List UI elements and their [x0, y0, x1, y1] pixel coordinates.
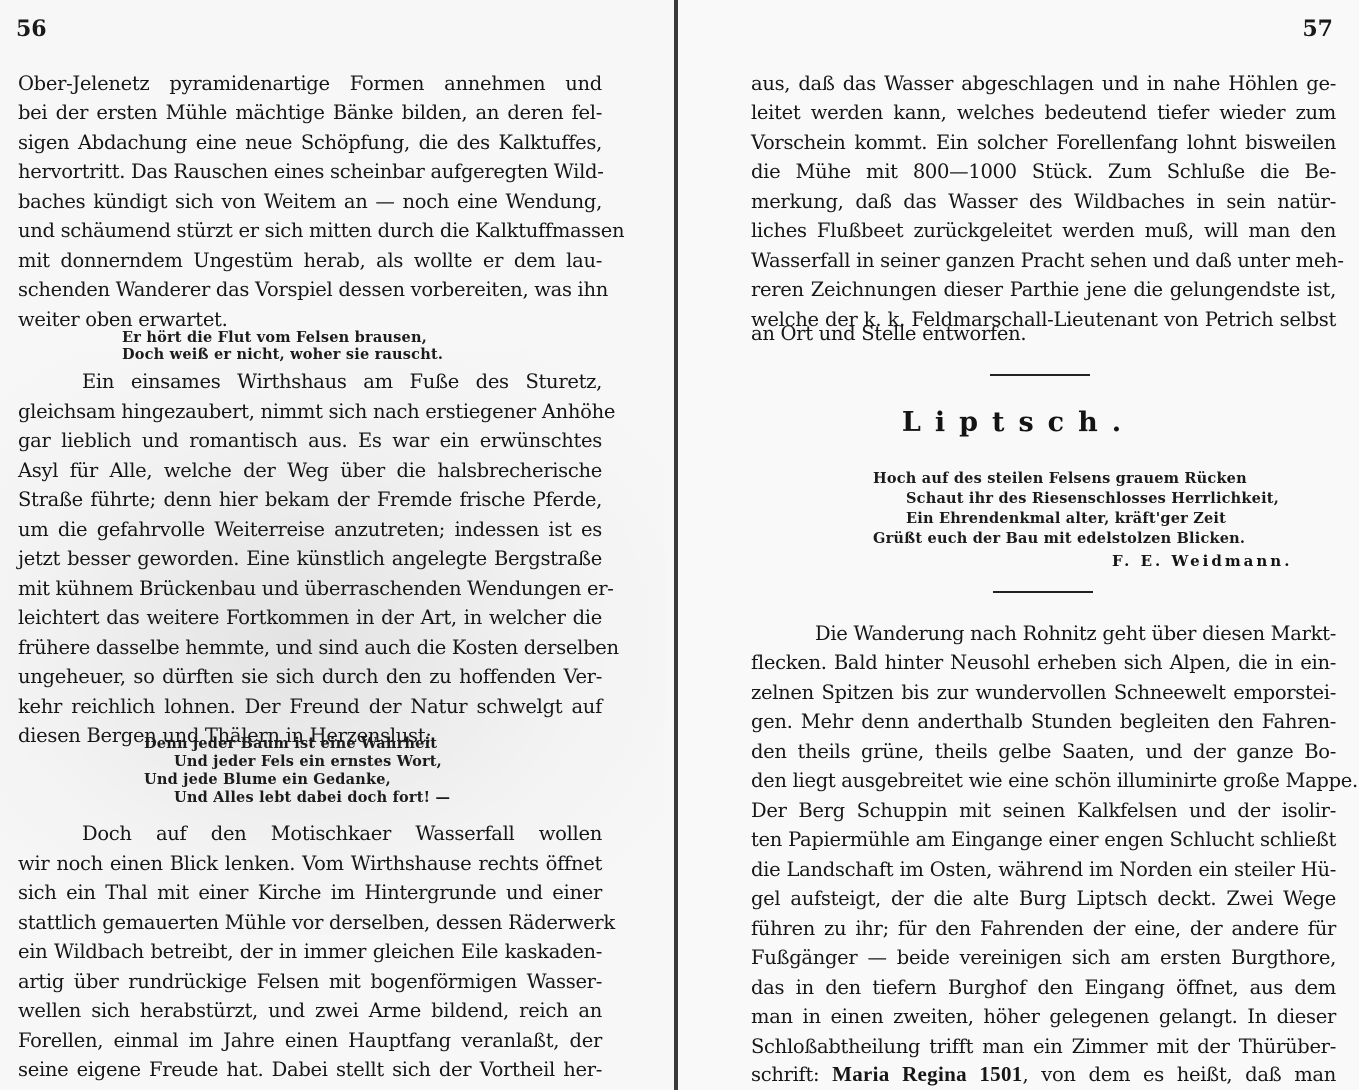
text-line: wellen sich herabstürzt, und zwei Arme b… [18, 999, 602, 1022]
text-line: Der Berg Schuppin mit seinen Kalkfelsen … [751, 799, 1336, 822]
text-line: gel aufsteigt, der die alte Burg Liptsch… [751, 887, 1336, 910]
section-divider [990, 374, 1090, 376]
text-line: schenden Wanderer das Vorspiel dessen vo… [18, 278, 602, 301]
verse-line: Er hört die Flut vom Felsen brausen, [122, 329, 427, 346]
text-line: Ober-Jelenetz pyramidenartige Formen ann… [18, 72, 602, 95]
text-line: Die Wanderung nach Rohnitz geht über die… [751, 622, 1336, 645]
text-line: die Landschaft im Osten, während im Nord… [751, 858, 1336, 881]
text-fragment: schrift: [751, 1063, 832, 1086]
right-page: 57 aus, daß das Wasser abgeschlagen und … [678, 0, 1359, 1090]
text-line: kehr reichlich lohnen. Der Freund der Na… [18, 695, 602, 718]
text-line: Doch auf den Motischkaer Wasserfall woll… [18, 822, 602, 845]
text-line: mit kühnem Brückenbau und überraschenden… [18, 577, 602, 600]
verse-line: Und jede Blume ein Gedanke, [144, 771, 391, 788]
epigraph-line: Schaut ihr des Riesenschlosses Herrlichk… [906, 490, 1279, 507]
epigraph-author: F. E. Weidmann. [1112, 552, 1292, 570]
epigraph-line: Grüßt euch der Bau mit edelstolzen Blick… [873, 530, 1245, 547]
text-line: man in einen zweiten, höher gelegenen ge… [751, 1005, 1336, 1028]
text-line: reren Zeichnungen dieser Parthie jene di… [751, 278, 1336, 301]
text-line: führen zu ihr; für den Fahrenden der ein… [751, 917, 1336, 940]
text-line: gleichsam hingezaubert, nimmt sich nach … [18, 400, 602, 423]
text-line: Fußgänger — beide vereinigen sich am ers… [751, 946, 1336, 969]
verse-line: Und jeder Fels ein ernstes Wort, [174, 753, 442, 770]
text-line: frühere dasselbe hemmte, und sind auch d… [18, 636, 602, 659]
text-line: ten Papiermühle am Eingange einer engen … [751, 828, 1336, 851]
text-line: sich ein Thal mit einer Kirche im Hinter… [18, 881, 602, 904]
text-line: gar lieblich und romantisch aus. Es war … [18, 429, 602, 452]
text-line: seine eigene Freude hat. Dabei stellt si… [18, 1058, 602, 1081]
text-line: Forellen, einmal im Jahre einen Hauptfan… [18, 1029, 602, 1052]
text-line: sigen Abdachung eine neue Schöpfung, die… [18, 131, 602, 154]
page-number: 56 [16, 16, 47, 42]
page-number: 57 [1302, 16, 1333, 42]
text-line: den theils grüne, theils gelbe Saaten, u… [751, 740, 1336, 763]
verse-line: Denn jeder Baum ist eine Wahrheit [144, 735, 437, 752]
text-line: Ein einsames Wirthshaus am Fuße des Stur… [18, 370, 602, 393]
epigraph-line: Ein Ehrendenkmal alter, kräft'ger Zeit [906, 510, 1226, 527]
text-line: stattlich gemauerten Mühle vor derselben… [18, 911, 602, 934]
text-line: hervortritt. Das Rauschen eines scheinba… [18, 160, 602, 183]
epigraph-line: Hoch auf des steilen Felsens grauem Rück… [873, 470, 1247, 487]
text-line: artig über rundrückige Felsen mit bogenf… [18, 970, 602, 993]
text-line: jetzt besser geworden. Eine künstlich an… [18, 547, 602, 570]
text-line: ein Wildbach betreibt, der in immer glei… [18, 940, 602, 963]
text-line: um die gefahrvolle Weiterreise anzutrete… [18, 518, 602, 541]
text-line: leitet werden kann, welches bedeutend ti… [751, 101, 1336, 124]
text-line: schrift: Maria Regina 1501, von dem es h… [751, 1062, 1336, 1087]
verse-line: Doch weiß er nicht, woher sie rauscht. [122, 346, 443, 363]
text-line: Straße führte; denn hier bekam der Fremd… [18, 488, 602, 511]
text-line: wir noch einen Blick lenken. Vom Wirthsh… [18, 852, 602, 875]
section-divider [993, 591, 1093, 593]
text-line: gen. Mehr denn anderthalb Stunden beglei… [751, 710, 1336, 733]
text-fragment: , von dem es heißt, daß man [1023, 1063, 1336, 1086]
section-title: Liptsch. [678, 407, 1359, 438]
inscription: Maria Regina 1501 [832, 1062, 1022, 1086]
text-line: Schloßabtheilung trifft man ein Zimmer m… [751, 1035, 1336, 1058]
text-line: ungeheuer, so dürften sie sich durch den… [18, 665, 602, 688]
text-line: liches Flußbeet zurückgeleitet werden mu… [751, 219, 1336, 242]
text-line: bei der ersten Mühle mächtige Bänke bild… [18, 101, 602, 124]
text-line: das in den tiefern Burghof den Eingang ö… [751, 976, 1336, 999]
text-line: die Mühe mit 800—1000 Stück. Zum Schluße… [751, 160, 1336, 183]
text-line: baches kündigt sich von Weitem an — noch… [18, 190, 602, 213]
text-line: merkung, daß das Wasser des Wildbaches i… [751, 190, 1336, 213]
text-line: mit donnerndem Ungestüm herab, als wollt… [18, 249, 602, 272]
text-line: zelnen Spitzen bis zur wundervollen Schn… [751, 681, 1336, 704]
text-line: den liegt ausgebreitet wie eine schön il… [751, 769, 1336, 792]
text-line: Asyl für Alle, welche der Weg über die h… [18, 459, 602, 482]
text-line: leichtert das weitere Fortkommen in der … [18, 606, 602, 629]
text-line: und schäumend stürzt er sich mitten durc… [18, 219, 602, 242]
text-line: Wasserfall in seiner ganzen Pracht sehen… [751, 249, 1336, 272]
left-page: 56 Ober-Jelenetz pyramidenartige Formen … [0, 0, 674, 1090]
text-line: aus, daß das Wasser abgeschlagen und in … [751, 72, 1336, 95]
text-line: weiter oben erwartet. [18, 308, 602, 331]
verse-line: Und Alles lebt dabei doch fort! — [174, 789, 450, 806]
text-line: flecken. Bald hinter Neusohl erheben sic… [751, 651, 1336, 674]
text-line: an Ort und Stelle entworfen. [751, 322, 1336, 345]
text-line: Vorschein kommt. Ein solcher Forellenfan… [751, 131, 1336, 154]
